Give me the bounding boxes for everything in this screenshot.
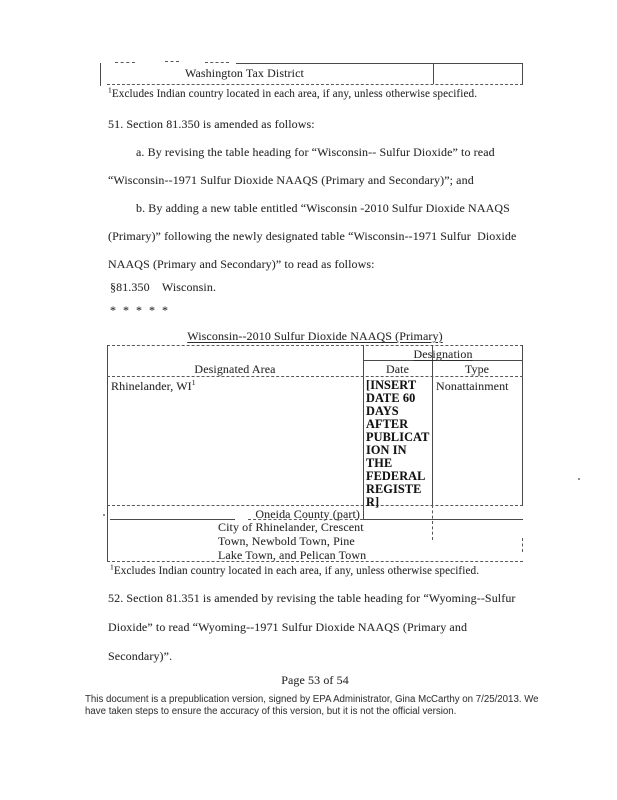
footnote-text: Excludes Indian country located in each … <box>114 565 479 577</box>
section-reference: §81.350 Wisconsin. <box>110 280 216 294</box>
para-51b-line2: (Primary)” following the newly designate… <box>108 229 516 243</box>
table-border <box>107 345 108 561</box>
table-cell-date: [INSERT DATE 60 DAYS AFTER PUBLICATION I… <box>366 379 430 509</box>
top-table-cell: Washington Tax District <box>185 66 304 80</box>
table-header-type: Type <box>432 362 522 376</box>
table-border <box>205 62 229 63</box>
table-border <box>522 63 523 84</box>
para-52-line3: Secondary)”. <box>108 649 172 663</box>
area-text: Rhinelander, WI <box>111 379 192 393</box>
asterisk-separator: * * * * * <box>110 303 170 317</box>
table-title: Wisconsin--2010 Sulfur Dioxide NAAQS (Pr… <box>107 329 523 343</box>
table-border <box>363 519 523 520</box>
table-border <box>236 63 523 64</box>
para-51b-line3: NAAQS (Primary and Secondary)” to read a… <box>108 257 375 271</box>
para-51a-line2: “Wisconsin--1971 Sulfur Dioxide NAAQS (P… <box>108 173 474 187</box>
table-border <box>107 505 523 506</box>
table-border <box>432 505 433 540</box>
table-border <box>107 84 523 85</box>
table-header-designation: Designation <box>363 347 523 361</box>
table-border <box>433 63 434 84</box>
table-border <box>522 345 523 505</box>
table-border <box>100 63 101 86</box>
prepublication-disclaimer: This document is a prepublication versio… <box>85 694 545 719</box>
table-border <box>107 376 523 377</box>
scan-artifact-dot <box>578 478 580 480</box>
footnote-bottom: 1Excludes Indian country located in each… <box>110 564 479 578</box>
footnote-top: 1Excludes Indian country located in each… <box>108 87 477 101</box>
table-border <box>165 61 179 62</box>
table-title-text: Wisconsin--2010 Sulfur Dioxide NAAQS (Pr… <box>187 329 442 343</box>
table-header-area: Designated Area <box>107 362 363 376</box>
table-cell-area: Rhinelander, WI1 <box>111 379 196 393</box>
para-52-line2: Dioxide” to read “Wyoming--1971 Sulfur D… <box>108 620 467 634</box>
scanned-document-page: Washington Tax District 1Excludes Indian… <box>0 0 617 800</box>
table-cell-county-detail: City of Rhinelander, Crescent Town, Newb… <box>218 521 382 562</box>
para-51-intro: 51. Section 81.350 is amended as follows… <box>108 117 315 131</box>
page-number: Page 53 of 54 <box>107 673 523 687</box>
header-designation-text: Designation <box>413 347 472 361</box>
table-header-date: Date <box>363 362 432 376</box>
table-cell-type: Nonattainment <box>436 379 509 393</box>
para-51a-line1: a. By revising the table heading for “Wi… <box>136 145 495 159</box>
table-border <box>115 62 135 63</box>
table-border <box>107 345 523 346</box>
table-cell-county: Oneida County (part) <box>107 507 360 521</box>
area-footnote-marker: 1 <box>192 378 196 387</box>
table-border <box>522 538 523 552</box>
scan-artifact-dot <box>103 514 105 516</box>
footnote-text: Excludes Indian country located in each … <box>112 88 477 100</box>
para-52-line1: 52. Section 81.351 is amended by revisin… <box>108 591 516 605</box>
para-51b-line1: b. By adding a new table entitled “Wisco… <box>136 201 510 215</box>
